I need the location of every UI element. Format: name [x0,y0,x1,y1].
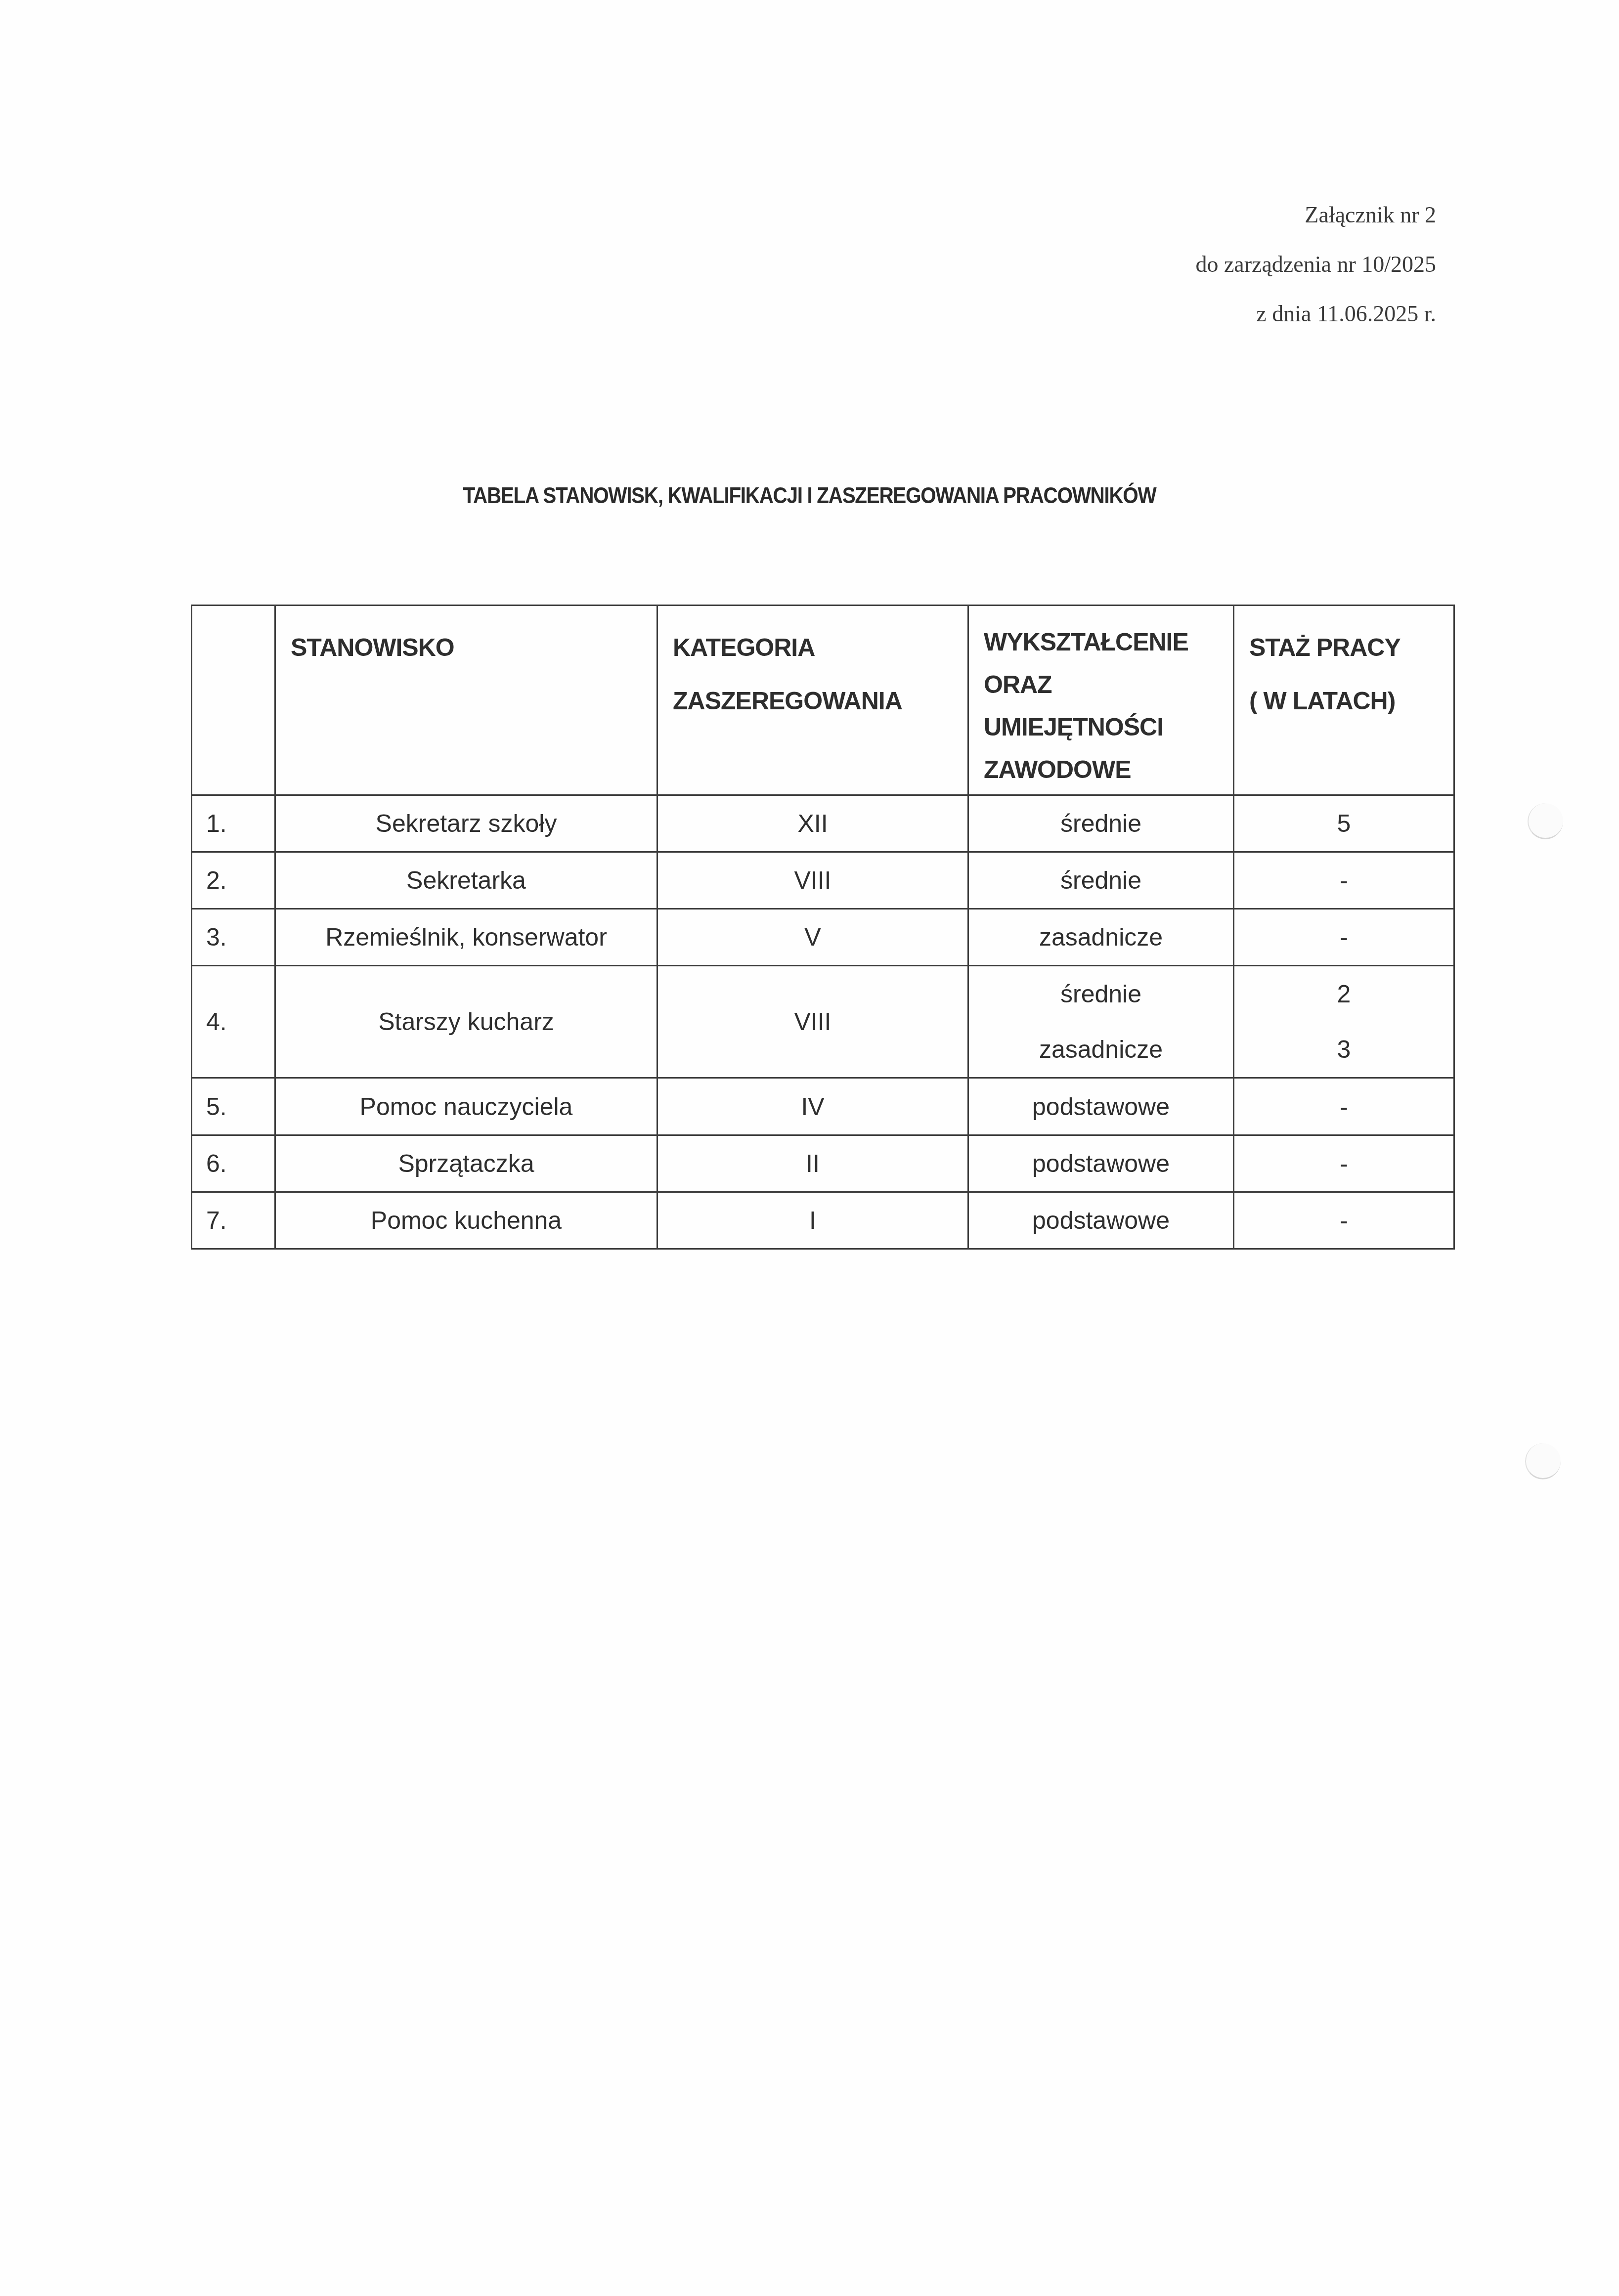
seniority-cell: 5 [1234,795,1454,852]
education-cell: podstawowe [968,1135,1234,1192]
row-number: 2. [192,852,275,909]
header-education: WYKSZTAŁCENIE ORAZ UMIEJĘTNOŚCI ZAWODOWE [968,606,1234,795]
table-row: 7.Pomoc kuchennaIpodstawowe- [192,1192,1454,1249]
category-cell: VIII [657,966,968,1078]
education-cell: średnie [968,852,1234,909]
header-seniority: STAŻ PRACY ( W LATACH) [1234,606,1454,795]
table-row: 2.SekretarkaVIIIśrednie- [192,852,1454,909]
position-cell: Rzemieślnik, konserwator [275,909,657,966]
header-position: STANOWISKO [275,606,657,795]
education-cell: podstawowe [968,1192,1234,1249]
seniority-value: 3 [1234,1022,1453,1077]
row-number: 5. [192,1078,275,1135]
category-cell: IV [657,1078,968,1135]
seniority-cell: - [1234,1192,1454,1249]
education-value: zasadnicze [969,910,1233,965]
position-cell: Sekretarka [275,852,657,909]
header-category: KATEGORIA ZASZEREGOWANIA [657,606,968,795]
education-cell: zasadnicze [968,909,1234,966]
row-number: 6. [192,1135,275,1192]
seniority-value: - [1234,910,1453,965]
education-value: zasadnicze [969,1022,1233,1077]
seniority-value: 2 [1234,966,1453,1022]
seniority-value: - [1234,1136,1453,1191]
row-number: 7. [192,1192,275,1249]
row-number: 4. [192,966,275,1078]
position-cell: Sekretarz szkoły [275,795,657,852]
education-cell: podstawowe [968,1078,1234,1135]
table-row: 1.Sekretarz szkołyXIIśrednie5 [192,795,1454,852]
category-cell: II [657,1135,968,1192]
table-row: 4.Starszy kucharzVIIIśredniezasadnicze23 [192,966,1454,1078]
education-value: średnie [969,853,1233,908]
seniority-value: - [1234,853,1453,908]
seniority-cell: - [1234,1135,1454,1192]
scanned-page: Załącznik nr 2 do zarządzenia nr 10/2025… [0,0,1619,2296]
annex-date: z dnia 11.06.2025 r. [1195,289,1436,339]
row-number: 1. [192,795,275,852]
education-cell: średniezasadnicze [968,966,1234,1078]
document-title: TABELA STANOWISK, KWALIFIKACJI I ZASZERE… [97,482,1522,509]
position-cell: Pomoc kuchenna [275,1192,657,1249]
seniority-value: - [1234,1079,1453,1134]
seniority-value: - [1234,1193,1453,1248]
punch-hole-mark [1525,1443,1561,1479]
category-cell: I [657,1192,968,1249]
seniority-cell: - [1234,1078,1454,1135]
seniority-cell: - [1234,852,1454,909]
table-row: 3.Rzemieślnik, konserwatorVzasadnicze- [192,909,1454,966]
education-value: podstawowe [969,1193,1233,1248]
education-value: podstawowe [969,1079,1233,1134]
position-cell: Pomoc nauczyciela [275,1078,657,1135]
table-header-row: STANOWISKO KATEGORIA ZASZEREGOWANIA WYKS… [192,606,1454,795]
positions-table: STANOWISKO KATEGORIA ZASZEREGOWANIA WYKS… [191,605,1455,1250]
table-row: 6.SprzątaczkaIIpodstawowe- [192,1135,1454,1192]
row-number: 3. [192,909,275,966]
annex-reference: Załącznik nr 2 do zarządzenia nr 10/2025… [1195,190,1436,339]
table-row: 5.Pomoc nauczycielaIVpodstawowe- [192,1078,1454,1135]
annex-ordinance: do zarządzenia nr 10/2025 [1195,240,1436,289]
header-number [192,606,275,795]
category-cell: XII [657,795,968,852]
seniority-value: 5 [1234,796,1453,851]
education-value: średnie [969,966,1233,1022]
seniority-cell: 23 [1234,966,1454,1078]
education-value: podstawowe [969,1136,1233,1191]
category-cell: V [657,909,968,966]
seniority-cell: - [1234,909,1454,966]
annex-number: Załącznik nr 2 [1195,190,1436,240]
position-cell: Starszy kucharz [275,966,657,1078]
education-cell: średnie [968,795,1234,852]
category-cell: VIII [657,852,968,909]
position-cell: Sprzątaczka [275,1135,657,1192]
punch-hole-mark [1528,803,1563,839]
education-value: średnie [969,796,1233,851]
